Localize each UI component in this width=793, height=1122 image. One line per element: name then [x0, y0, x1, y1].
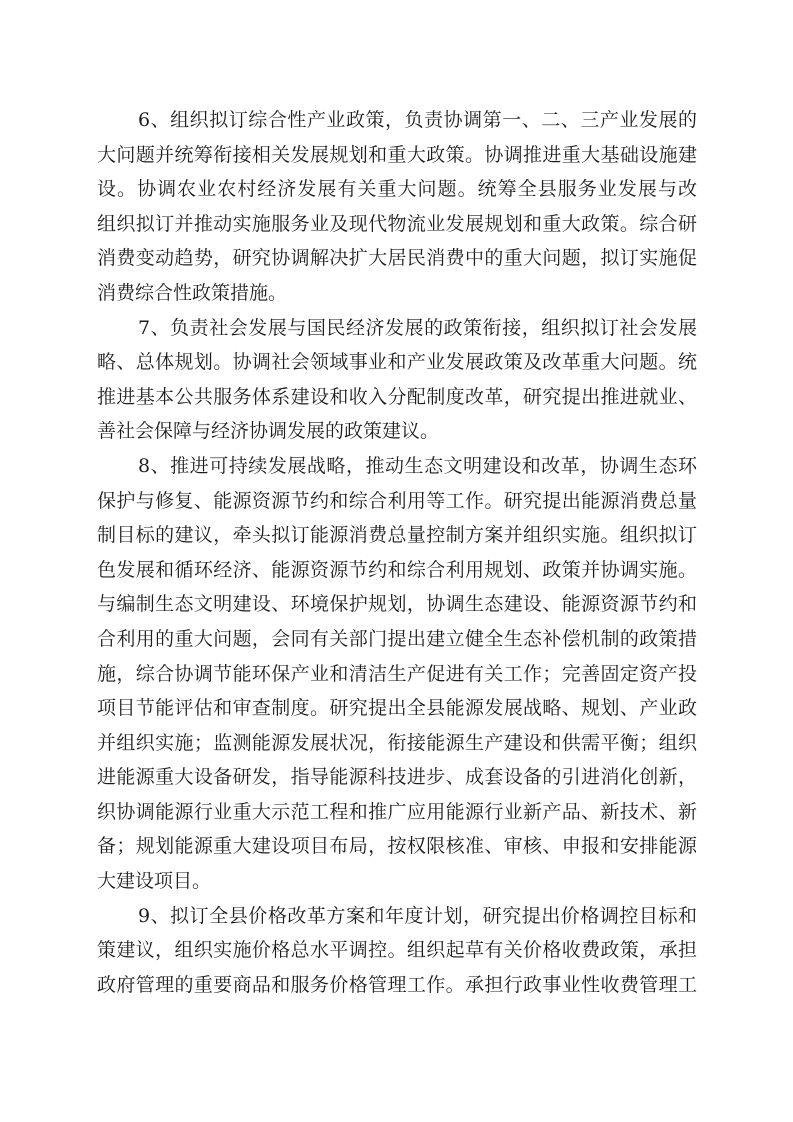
paragraph-line: 9、拟订全县价格改革方案和年度计划，研究提出价格调控目标和政 — [97, 899, 697, 934]
paragraph-line: 进能源重大设备研发，指导能源科技进步、成套设备的引进消化创新，组 — [97, 760, 697, 795]
paragraph-8: 8、推进可持续发展战略，推动生态文明建设和改革，协调生态环境 保护与修复、能源资… — [97, 449, 697, 899]
paragraph-7: 7、负责社会发展与国民经济发展的政策衔接，组织拟订社会发展战 略、总体规划。协调… — [97, 311, 697, 449]
paragraph-9: 9、拟订全县价格改革方案和年度计划，研究提出价格调控目标和政 策建议，组织实施价… — [97, 899, 697, 1003]
paragraph-line: 备；规划能源重大建设项目布局，按权限核准、审核、申报和安排能源重 — [97, 829, 697, 864]
paragraph-line: 合利用的重大问题，会同有关部门提出建立健全生态补偿机制的政策措 — [97, 622, 697, 657]
paragraph-line: 政府管理的重要商品和服务价格管理工作。承担行政事业性收费管理工 — [97, 968, 697, 1003]
paragraph-line: 织协调能源行业重大示范工程和推广应用能源行业新产品、新技术、新设 — [97, 795, 697, 830]
paragraph-line: 并组织实施；监测能源发展状况，衔接能源生产建设和供需平衡；组织推 — [97, 726, 697, 761]
document-page: 6、组织拟订综合性产业政策，负责协调第一、二、三产业发展的重 大问题并统筹衔接相… — [0, 0, 793, 1122]
paragraph-line: 8、推进可持续发展战略，推动生态文明建设和改革，协调生态环境 — [97, 449, 697, 484]
paragraph-line: 善社会保障与经济协调发展的政策建议。 — [97, 414, 697, 449]
paragraph-line: 大问题并统筹衔接相关发展规划和重大政策。协调推进重大基础设施建 — [97, 138, 697, 173]
paragraph-line: 保护与修复、能源资源节约和综合利用等工作。研究提出能源消费总量控 — [97, 484, 697, 519]
paragraph-line: 施，综合协调节能环保产业和清洁生产促进有关工作；完善固定资产投资 — [97, 657, 697, 692]
paragraph-line: 推进基本公共服务体系建设和收入分配制度改革，研究提出推进就业、完 — [97, 380, 697, 415]
paragraph-line: 色发展和循环经济、能源资源节约和综合利用规划、政策并协调实施。参 — [97, 553, 697, 588]
paragraph-line: 项目节能评估和审查制度。研究提出全县能源发展战略、规划、产业政策 — [97, 691, 697, 726]
paragraph-line: 大建设项目。 — [97, 864, 697, 899]
paragraph-line: 组织拟订并推动实施服务业及现代物流业发展规划和重大政策。综合研判 — [97, 207, 697, 242]
paragraph-line: 策建议，组织实施价格总水平调控。组织起草有关价格收费政策，承担县 — [97, 933, 697, 968]
paragraph-line: 7、负责社会发展与国民经济发展的政策衔接，组织拟订社会发展战 — [97, 311, 697, 346]
document-body: 6、组织拟订综合性产业政策，负责协调第一、二、三产业发展的重 大问题并统筹衔接相… — [97, 103, 697, 1002]
paragraph-line: 略、总体规划。协调社会领域事业和产业发展政策及改革重大问题。统筹 — [97, 345, 697, 380]
paragraph-line: 消费变动趋势，研究协调解决扩大居民消费中的重大问题，拟订实施促进 — [97, 241, 697, 276]
paragraph-line: 制目标的建议，牵头拟订能源消费总量控制方案并组织实施。组织拟订绿 — [97, 518, 697, 553]
paragraph-line: 与编制生态文明建设、环境保护规划，协调生态建设、能源资源节约和综 — [97, 587, 697, 622]
paragraph-line: 设。协调农业农村经济发展有关重大问题。统筹全县服务业发展与改革， — [97, 172, 697, 207]
paragraph-line: 消费综合性政策措施。 — [97, 276, 697, 311]
paragraph-line: 6、组织拟订综合性产业政策，负责协调第一、二、三产业发展的重 — [97, 103, 697, 138]
paragraph-6: 6、组织拟订综合性产业政策，负责协调第一、二、三产业发展的重 大问题并统筹衔接相… — [97, 103, 697, 311]
